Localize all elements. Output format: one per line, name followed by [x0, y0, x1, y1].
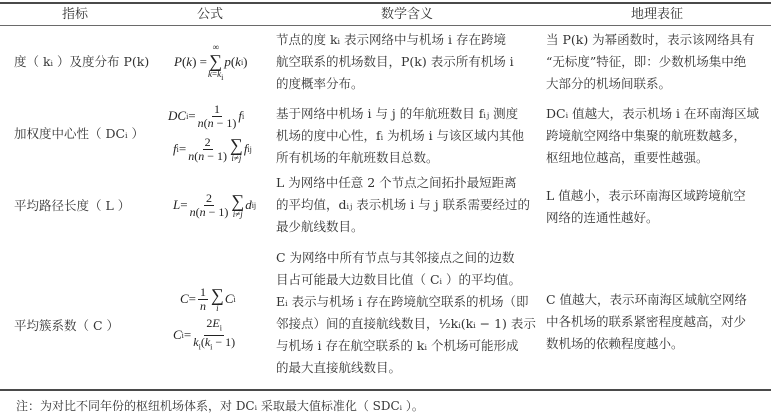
geo-weighted-degree: DCᵢ 值越大，表示机场 i 在环南海区域 跨境航空网络中集聚的航班数越多， 枢…	[546, 103, 768, 169]
meaning-clustering: C 为网络中所有节点与其邻接点之间的边数 目占可能最大边数目比值（ Cᵢ ）的平…	[276, 247, 538, 379]
table-bottom-rule	[0, 389, 771, 391]
header-geo: 地理表征	[546, 6, 768, 24]
geo-clustering: C 值越大，表示环南海区域航空网络 中各机场的联系紧密程度越高，对少 数机场的依…	[546, 289, 768, 355]
formula-c: C = 1n ∑i Ci	[180, 284, 236, 314]
indicator-weighted-degree: 加权度中心性（ DCᵢ ）	[14, 123, 144, 145]
meaning-weighted-degree: 基于网络中机场 i 与 j 的年航班数目 fᵢⱼ 测度 机场的度中心性，fᵢ 为…	[276, 103, 538, 169]
meaning-degree: 节点的度 kᵢ 表示网络中与机场 i 存在跨境 航空联系的机场数目，P(k) 表…	[276, 29, 538, 95]
indicator-degree: 度（ kᵢ ）及度分布 P(k)	[14, 51, 149, 73]
indicator-path-length: 平均路径长度（ L ）	[14, 195, 130, 217]
meaning-path-length: L 为网络中任意 2 个节点之间拓扑最短距离 的平均值，dᵢⱼ 表示机场 i 与…	[276, 172, 538, 238]
header-indicator: 指标	[0, 6, 150, 24]
table-header-rule	[0, 25, 771, 26]
header-formula: 公式	[150, 6, 270, 24]
indicator-clustering: 平均簇系数（ C ）	[14, 315, 119, 337]
table-note: 注：为对比不同年份的枢纽机场体系，对 DCᵢ 采取最大值标准化（ SDCᵢ ）。	[16, 397, 424, 414]
formula-dc: DCi = 1n(n − 1) fi	[168, 101, 244, 131]
formula-ci: Ci = 2Eiki(ki − 1)	[173, 318, 237, 352]
geo-path-length: L 值越小，表示环南海区域跨境航空 网络的连通性越好。	[546, 185, 768, 229]
formula-path-length: L = 2n(n − 1) ∑i≠j dij	[173, 188, 256, 222]
formula-degree: P(k) = ∞∑k=ki p(ki)	[174, 42, 248, 82]
header-meaning: 数学含义	[276, 6, 538, 24]
formula-fi: fi = 2n(n − 1) ∑i≠j fij	[173, 133, 252, 165]
table-top-rule	[0, 2, 771, 4]
geo-degree: 当 P(k) 为幂函数时，表示该网络具有 “无标度”特征，即：少数机场集中绝 大…	[546, 29, 768, 95]
